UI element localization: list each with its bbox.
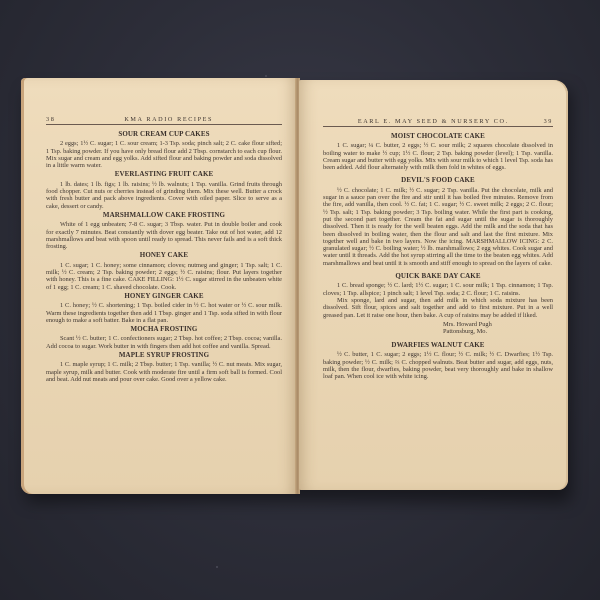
running-head-title: EARL E. MAY SEED & NURSERY CO.	[323, 118, 544, 125]
recipe-title: HONEY CAKE	[46, 252, 282, 259]
recipe-title: MARSHMALLOW CAKE FROSTING	[46, 212, 282, 219]
recipe-title: MAPLE SYRUP FROSTING	[46, 352, 282, 359]
right-running-head: EARL E. MAY SEED & NURSERY CO. 39	[323, 118, 553, 127]
recipe-signature: Mrs. Howard Pugh Pattonsburg, Mo.	[443, 321, 553, 336]
recipe: EVERLASTING FRUIT CAKE 1 lb. dates; 1 lb…	[46, 171, 282, 209]
recipe-title: EVERLASTING FRUIT CAKE	[46, 171, 282, 178]
running-head-title: KMA RADIO RECIPES	[55, 116, 282, 123]
contributor-name: Mrs. Howard Pugh	[443, 321, 553, 329]
contributor-location: Pattonsburg, Mo.	[443, 328, 553, 336]
recipe: SOUR CREAM CUP CAKES 2 eggs; 1½ C. sugar…	[46, 131, 282, 169]
recipe-text: 1 lb. dates; 1 lb. figs; 1 lb. raisins; …	[46, 181, 282, 210]
recipe: MAPLE SYRUP FROSTING 1 C. maple syrup; 1…	[46, 352, 282, 383]
recipe: DWARFIES WALNUT CAKE ½ C. butter, 1 C. s…	[323, 342, 553, 380]
open-recipe-booklet: 38 KMA RADIO RECIPES SOUR CREAM CUP CAKE…	[0, 0, 600, 600]
recipe: DEVIL'S FOOD CAKE ½ C. chocolate; 1 C. m…	[323, 177, 553, 267]
dust-speck	[216, 566, 218, 568]
recipe-title: SOUR CREAM CUP CAKES	[46, 131, 282, 138]
recipe-text: 2 eggs; 1½ C. sugar; 1 C. sour cream; 1-…	[46, 140, 282, 169]
recipe: MARSHMALLOW CAKE FROSTING White of 1 egg…	[46, 212, 282, 250]
recipe-text: ½ C. butter, 1 C. sugar; 2 eggs; 1½ C. f…	[323, 351, 553, 380]
recipe-text: White of 1 egg unbeaten; 7-8 C. sugar; 3…	[46, 221, 282, 250]
recipe-title: MOIST CHOCOLATE CAKE	[323, 133, 553, 140]
recipe: MOCHA FROSTING Scant ½ C. butter; 1 C. c…	[46, 326, 282, 350]
recipe-text: 1 C. honey; ½ C. shortening; 1 Tsp. boil…	[46, 302, 282, 324]
recipe-title: DWARFIES WALNUT CAKE	[323, 342, 553, 349]
recipe-text: 1 C. maple syrup; 1 C. milk; 2 Tbsp. but…	[46, 361, 282, 383]
recipe-title: DEVIL'S FOOD CAKE	[323, 177, 553, 184]
recipe-title: MOCHA FROSTING	[46, 326, 282, 333]
recipe-title: HONEY GINGER CAKE	[46, 293, 282, 300]
recipe-text: 1 C. sugar; 1 C. honey; some cinnamon; c…	[46, 262, 282, 291]
recipe: HONEY CAKE 1 C. sugar; 1 C. honey; some …	[46, 252, 282, 290]
recipe-text: 1 C. bread sponge; ½ C. lard; 1½ C. suga…	[323, 282, 553, 297]
right-page-content: MOIST CHOCOLATE CAKE 1 C. sugar; ¼ C. bu…	[323, 131, 553, 381]
page-number: 39	[544, 118, 553, 125]
left-page-content: SOUR CREAM CUP CAKES 2 eggs; 1½ C. sugar…	[46, 129, 282, 383]
recipe-title: QUICK BAKE DAY CAKE	[323, 273, 553, 280]
page-number: 38	[46, 116, 55, 123]
right-page: EARL E. MAY SEED & NURSERY CO. 39 MOIST …	[299, 80, 568, 490]
left-running-head: 38 KMA RADIO RECIPES	[46, 116, 282, 125]
recipe-text: 1 C. sugar; ¼ C. butter, 2 eggs; ½ C. so…	[323, 142, 553, 171]
recipe-text: ½ C. chocolate; 1 C. milk; ½ C. sugar; 2…	[323, 187, 553, 267]
recipe: HONEY GINGER CAKE 1 C. honey; ½ C. short…	[46, 293, 282, 324]
recipe-text: Scant ½ C. butter; 1 C. confectioners su…	[46, 335, 282, 350]
recipe: MOIST CHOCOLATE CAKE 1 C. sugar; ¼ C. bu…	[323, 133, 553, 171]
left-page: 38 KMA RADIO RECIPES SOUR CREAM CUP CAKE…	[21, 78, 297, 494]
recipe: QUICK BAKE DAY CAKE 1 C. bread sponge; ½…	[323, 273, 553, 336]
recipe-text: Mix sponge, lard and sugar, then add mil…	[323, 297, 553, 319]
dust-speck	[265, 75, 267, 77]
